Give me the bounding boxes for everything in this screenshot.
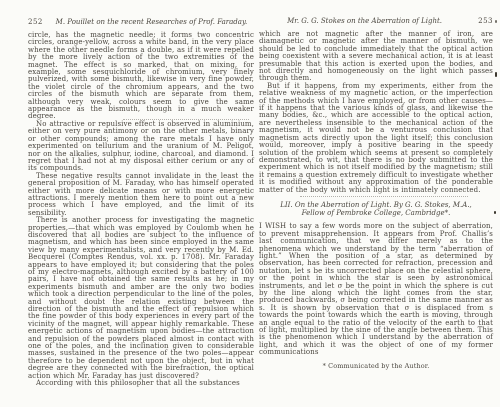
article-title: LII. On the Aberration of Light. By G. G… [269,201,483,217]
left-running-head: 252 M. Pouillet on the recent Researches… [28,18,254,26]
right-running-title: Mr. G. G. Stokes on the Aberration of Li… [259,17,470,25]
scan-dotted-artifact [300,196,468,197]
paragraph: which are not magnetic after the manner … [259,31,493,83]
paragraph: According with this philosopher that all… [28,380,254,387]
paragraph: These negative results cannot invalidate… [28,173,254,217]
paragraph: I WISH to say a few words more on the su… [259,223,493,356]
right-running-head: Mr. G. G. Stokes on the Aberration of Li… [259,17,493,25]
left-page-number: 252 [28,18,43,26]
scan-dotted-artifact [123,119,249,120]
article-body: I WISH to say a few words more on the su… [259,223,493,356]
scan-speck [494,211,496,214]
right-page-body: which are not magnetic after the manner … [259,31,493,194]
scanned-journal-spread: 252 M. Pouillet on the recent Researches… [0,0,500,407]
paragraph: There is another process for investigati… [28,217,254,380]
right-page-number: 253 [478,17,493,25]
scan-speck [495,72,497,77]
left-page-body: circle, has the magnetic needle; it form… [28,32,254,388]
left-running-title: M. Pouillet on the recent Researches of … [49,18,254,26]
right-page: Mr. G. G. Stokes on the Aberration of Li… [259,0,493,370]
paragraph: circle, has the magnetic needle; it form… [28,32,254,121]
article-footnote: * Communicated by the Author. [259,362,493,370]
left-page: 252 M. Pouillet on the recent Researches… [28,0,254,388]
paragraph: But if it happens, from my experiments, … [259,83,493,194]
scan-speck [495,20,497,23]
paragraph: No attractive or repulsive effect is obs… [28,121,254,173]
